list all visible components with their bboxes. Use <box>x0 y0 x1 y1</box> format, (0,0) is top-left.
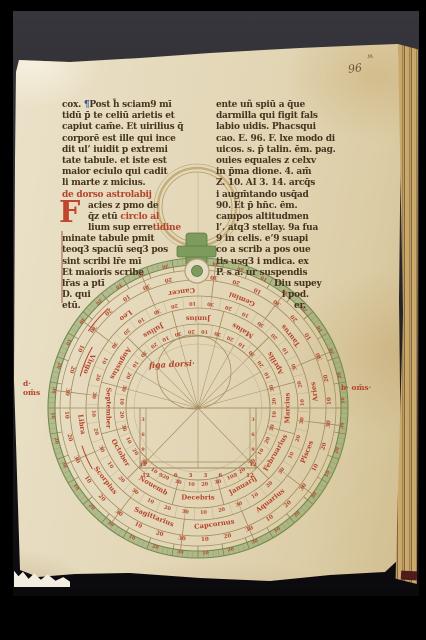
svg-text:30: 30 <box>64 388 71 396</box>
svg-text:30: 30 <box>290 362 298 371</box>
svg-text:20: 20 <box>163 505 172 513</box>
svg-text:10: 10 <box>340 397 346 404</box>
svg-text:10: 10 <box>251 491 261 500</box>
text-column-right: ente uñ spiū a q̄uedarmilla qui figit fa… <box>216 100 354 313</box>
svg-text:20: 20 <box>223 533 232 541</box>
page-number: 96 <box>347 61 362 76</box>
text-line: cao. E. 96. F. lxe modo di <box>216 134 354 145</box>
svg-text:6: 6 <box>251 432 255 438</box>
svg-text:10: 10 <box>161 334 170 343</box>
svg-text:10: 10 <box>263 371 272 380</box>
svg-text:30: 30 <box>339 422 346 429</box>
svg-text:10: 10 <box>304 331 313 341</box>
svg-text:30: 30 <box>120 384 128 393</box>
svg-text:20: 20 <box>323 374 331 383</box>
svg-text:30: 30 <box>114 509 124 519</box>
text-line: 9 in celis. e’9 suapi <box>216 234 354 245</box>
text-line: Z. 10. AI 3. 14. arcq̄s <box>216 178 354 189</box>
svg-text:30: 30 <box>299 416 306 424</box>
svg-text:20: 20 <box>320 442 328 451</box>
svg-text:Libra: Libra <box>76 414 87 436</box>
svg-text:20: 20 <box>295 434 303 443</box>
astrolabe-diagram: 12963369123691236912JanuarijFebruariusMa… <box>0 0 426 640</box>
text-line: cox. ¶Post h̄ sciam9 mī <box>62 100 212 111</box>
text-line: minate tabule pmit <box>62 234 212 245</box>
text-line: corporē est ille qui ince <box>62 134 212 145</box>
text-line: maior eciulo qui cadit <box>62 167 212 178</box>
svg-text:10: 10 <box>136 316 146 325</box>
svg-text:10: 10 <box>271 410 278 418</box>
text-line: Et maioris scribe <box>62 268 212 279</box>
text-line: ouies equales z celxv <box>216 156 354 167</box>
svg-text:10: 10 <box>200 510 208 516</box>
text-line: tate tabule. et iste est <box>62 156 212 167</box>
illuminated-initial: F <box>59 198 80 228</box>
svg-text:30: 30 <box>326 420 333 428</box>
text-line: lr̄as a ptī <box>62 279 212 290</box>
svg-text:10: 10 <box>265 514 275 523</box>
svg-text:20: 20 <box>290 313 300 323</box>
text-line: i augm̄tando usq̄ad <box>216 190 354 201</box>
svg-text:10: 10 <box>124 436 133 445</box>
svg-text:10: 10 <box>50 412 56 419</box>
svg-text:September: September <box>105 387 113 429</box>
svg-text:20: 20 <box>201 481 209 488</box>
text-line: P. s a. ur suspendis <box>216 268 354 279</box>
margin-label-left-bottom: om̄s <box>23 388 40 397</box>
svg-text:30: 30 <box>178 536 186 543</box>
svg-text:10: 10 <box>63 411 69 419</box>
corner-mark: ʍ <box>366 52 373 61</box>
svg-text:30: 30 <box>299 482 309 492</box>
svg-text:Virgo: Virgo <box>81 352 97 375</box>
svg-text:Aries: Aries <box>309 381 320 403</box>
svg-text:30: 30 <box>268 383 276 392</box>
svg-text:Marcius: Marcius <box>284 392 292 423</box>
svg-text:20: 20 <box>66 433 74 442</box>
svg-text:3: 3 <box>141 417 145 423</box>
svg-text:30: 30 <box>120 424 128 433</box>
svg-text:20: 20 <box>97 493 107 503</box>
svg-text:figa dorsi·: figa dorsi· <box>148 358 196 370</box>
text-line: er. <box>294 301 354 312</box>
svg-text:10: 10 <box>202 550 209 556</box>
svg-text:10: 10 <box>188 481 196 488</box>
svg-text:20: 20 <box>68 365 76 374</box>
text-line: teoq3 spaciū seq3 pos <box>62 245 212 256</box>
text-line: 90. Et p̄ hn̄c. ēm. <box>216 201 354 212</box>
svg-text:10: 10 <box>200 328 208 335</box>
svg-text:10: 10 <box>201 537 209 543</box>
svg-text:Decebris: Decebris <box>181 494 215 502</box>
svg-text:30: 30 <box>181 509 189 516</box>
margin-label-left: d· om̄s <box>23 379 40 397</box>
svg-text:20: 20 <box>155 530 164 538</box>
svg-text:30: 30 <box>177 549 184 556</box>
text-line: labio uidis. Phacsqui <box>216 122 354 133</box>
svg-text:30: 30 <box>213 330 222 338</box>
svg-text:10: 10 <box>90 410 96 418</box>
svg-text:20: 20 <box>94 373 102 382</box>
text-line: etū. <box>62 301 212 312</box>
svg-text:30: 30 <box>269 423 277 432</box>
svg-text:10: 10 <box>106 461 115 471</box>
svg-text:20: 20 <box>296 380 304 389</box>
svg-text:10: 10 <box>300 398 306 406</box>
text-line: ente uñ spiū a q̄ue <box>216 100 354 111</box>
text-line: acies z pmo de <box>88 201 212 212</box>
svg-text:3: 3 <box>189 473 193 479</box>
svg-text:30: 30 <box>214 478 223 486</box>
svg-text:10: 10 <box>327 397 333 405</box>
svg-text:3: 3 <box>251 417 255 423</box>
svg-text:20: 20 <box>283 500 293 510</box>
text-line: campos altitudmen <box>216 212 354 223</box>
text-line: li marte z micius. <box>62 178 212 189</box>
svg-text:10: 10 <box>281 346 290 356</box>
svg-text:30: 30 <box>50 387 57 394</box>
svg-text:20: 20 <box>218 506 227 514</box>
text-line: dit ul’ iuidit p extremi <box>62 145 212 156</box>
manuscript-photo: { "page": { "number": "96", "corner_mark… <box>0 0 426 640</box>
svg-text:20: 20 <box>161 474 170 483</box>
svg-text:20: 20 <box>187 328 195 335</box>
svg-text:10: 10 <box>146 497 155 506</box>
svg-text:Scorpius: Scorpius <box>92 465 119 496</box>
svg-text:10: 10 <box>83 475 92 485</box>
text-line: co a scrib a pos oue <box>216 245 354 256</box>
text-line: lium sup erretidine <box>88 223 212 234</box>
svg-text:20: 20 <box>124 371 133 380</box>
svg-text:30: 30 <box>173 330 182 338</box>
text-line: in p̄ma dione. 4. am̄ <box>216 167 354 178</box>
margin-label-left-top: d· <box>23 379 40 388</box>
svg-text:30: 30 <box>90 391 97 399</box>
text-line: darmilla qui figit fals <box>216 111 354 122</box>
svg-text:10: 10 <box>287 451 296 460</box>
text-line: capiut cam̄e. Et uirilius q̄ <box>62 122 212 133</box>
svg-text:30: 30 <box>174 479 183 487</box>
initial-flourish <box>61 231 63 303</box>
svg-text:Aquarius: Aquarius <box>254 487 287 515</box>
text-line: sint scribi lr̄e mī <box>62 257 212 268</box>
svg-text:20: 20 <box>264 436 273 445</box>
text-line: D. qui <box>62 290 212 301</box>
svg-text:Junius: Junius <box>186 315 212 323</box>
svg-text:3: 3 <box>204 473 208 479</box>
svg-text:20: 20 <box>92 428 100 437</box>
text-line: uicos. s. p̄ talin. ēm. pag. <box>216 145 354 156</box>
text-line: i pod. <box>282 290 354 301</box>
text-line: l’. atq3 stellay. 9a fua <box>216 223 354 234</box>
svg-text:30: 30 <box>97 445 105 454</box>
svg-text:30: 30 <box>235 500 244 508</box>
svg-text:6: 6 <box>141 432 145 438</box>
svg-text:10: 10 <box>100 356 109 365</box>
text-line: tis usq3 i mdica. ex <box>216 257 354 268</box>
svg-text:9: 9 <box>141 447 145 453</box>
text-line: Diu supey <box>274 279 354 290</box>
svg-text:10: 10 <box>118 398 125 406</box>
text-line: q̄z etū circlo al <box>88 212 212 223</box>
text-line: tidū p̄ te celiū arietis et <box>62 111 212 122</box>
svg-text:20: 20 <box>271 397 278 405</box>
svg-text:20: 20 <box>118 411 125 419</box>
svg-text:20: 20 <box>226 334 235 343</box>
text-column-left: cox. ¶Post h̄ sciam9 mītidū p̄ te celiū … <box>62 100 212 313</box>
margin-label-right: b· om̄s· <box>341 383 371 392</box>
text-line: de dorso astrolabij <box>62 190 212 201</box>
